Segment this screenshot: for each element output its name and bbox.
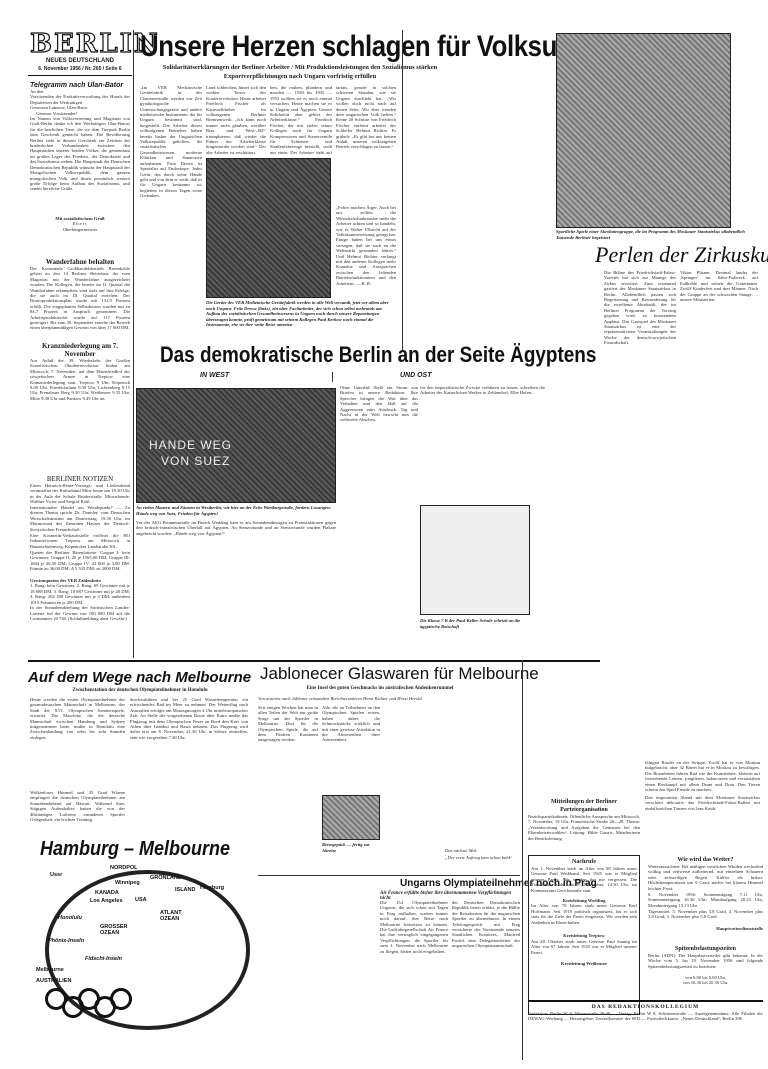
melbourne-body-3: durchzuführen und bei 25 Grad Wassertemp… — [130, 697, 248, 827]
zirkus-body-col-1: Die Bühne des Friedrichstadt-Palast-Vari… — [604, 270, 676, 660]
imprint-title: DAS REDAKTIONSKOLLEGIUM — [528, 1003, 763, 1011]
glass-headline: Jablonecer Glaswaren für Melbourne — [260, 664, 539, 684]
map-label-phoenix-inseln: Phönix-Inseln — [48, 938, 84, 944]
wetter-temps: Tagesmittel: 5. November plus 3,8 Grad, … — [648, 909, 763, 926]
egypt-headline: Das demokratische Berlin an der Seite Äg… — [160, 342, 596, 368]
spitzen-section: Spitzenbelastungszeiten Berlin (ADN). De… — [648, 945, 763, 986]
wanderfahne-title: Wanderfahne behalten — [30, 258, 130, 266]
notizen-section: BERLINER NOTIZEN Einen Heinrich-Heine-Vo… — [30, 475, 130, 627]
kranz-section: Kranzniederlegung am 7. November Aus Anl… — [30, 342, 130, 430]
telegram-signature-title: Oberbürgermeister — [30, 227, 130, 232]
zirkus-photo-caption: Sportliche Spiele einer Akrobatengruppe,… — [556, 229, 756, 241]
map-label-groenland: GRÖNLAND — [150, 875, 182, 881]
spitzen-body: Berlin (ADN). Der Hauptlastverteiler gib… — [648, 953, 763, 975]
egypt-body-west: Vor der AEG Brunnenstraße im Bezirk Wedd… — [136, 520, 336, 635]
lead-text-col-5: „Polier machen Ärger. Auch bei uns sollt… — [336, 205, 396, 310]
telegram-addressee-2: Vorsitzenden der Exekutivverwaltung des … — [30, 94, 130, 105]
wetter-section: Wie wird das Wetter? Wetteraussichten: B… — [648, 856, 763, 931]
glass-subhead: Eine Insel des guten Geschmacks im austr… — [270, 686, 490, 691]
lead-subhead: Solidaritätserklärungen der Berliner Arb… — [140, 63, 460, 81]
partei-title: Mitteilungen der Berliner Parteiorganisa… — [528, 798, 640, 814]
map-label-fidschi-inseln: Fidschi-Inseln — [85, 956, 122, 962]
nachrufe-body-3: Am 28. Oktober starb unser Genosse Paul … — [531, 939, 637, 961]
notizen-item-6: In der Sonnabendziehung der Sächsischen … — [30, 605, 130, 627]
nachrufe-org-3: Kreisleitung Weißensee — [531, 961, 637, 966]
notizen-item-2: Internationaler Handel am Wendepunkt? — … — [30, 505, 130, 533]
lead-photo-caption: Die Geräte des VEB Medizinische Gerätefa… — [206, 300, 396, 336]
notizen-item-3: Eine Kosmetik-Verkaufsstelle eröffnet di… — [30, 533, 130, 550]
zirkus-body-col-2: Viktor Plisner, Dreimal landet der ,Spri… — [680, 270, 758, 660]
section-divider — [258, 875, 520, 876]
wanderfahne-body: Der Konsumale Großhandelsbetrieb Brennko… — [30, 266, 130, 338]
graffiti-text-1: HANDE WEG — [149, 439, 232, 452]
column-divider — [332, 372, 333, 382]
map-label-honolulu: Honolulu — [58, 915, 82, 921]
nachrufe-body-1: Am 1. November starb im Alter von 58 Jah… — [531, 866, 637, 898]
glass-next-quote: „Der erste Auftrag kam schon bald“ — [445, 855, 525, 860]
glass-byline: Von unseren nach Jablonec entsandten Ber… — [258, 696, 498, 701]
telegram-title: Telegramm nach Ulan-Bator — [30, 82, 130, 89]
nachrufe-title: Nachrufe — [531, 858, 637, 866]
column-divider — [522, 660, 523, 1060]
kranz-title: Kranzniederlegung am 7. November — [30, 342, 130, 358]
map-label-usa: USA — [135, 897, 147, 903]
masthead-logo: BERLIN — [30, 30, 130, 58]
prag-body-1: Die 154 Olympiateilnehmer Ungarns, die s… — [380, 900, 448, 1050]
map-label-nordpol: NORDPOL — [110, 865, 138, 871]
wetter-title: Wie wird das Wetter? — [648, 856, 763, 864]
melbourne-headline: Auf dem Wege nach Melbourne — [28, 669, 251, 686]
glass-body-1: Seit einigen Wochen hat man in allen Tei… — [258, 705, 318, 855]
graffiti-text-2: VON SUEZ — [161, 455, 230, 468]
nachrufe-body-2: Im Alter von 70 Jahren starb unser Genos… — [531, 903, 637, 933]
map-label-los-angeles: Los Angeles — [90, 898, 123, 904]
partei-body: Bezirksparteikabinett: Öffentliche Aussp… — [528, 814, 640, 844]
lead-text-col-4: tariats, gerade in solchen schweren Stun… — [336, 85, 396, 205]
spitzen-time-2: von 16.30 bis 20.30 Uhr. — [648, 980, 763, 985]
glass-photo-caption: Reisegepäck — fertig zur Abreise — [322, 842, 380, 854]
imprint-section: DAS REDAKTIONSKOLLEGIUM Redaktion: Berli… — [528, 1003, 763, 1028]
column-divider — [402, 30, 403, 350]
masthead-dateline: 6. November 1956 / Nr. 265 / Seite 6 — [28, 66, 132, 76]
section-divider — [528, 1000, 763, 1002]
masthead-subtitle: NEUES DEUTSCHLAND — [30, 58, 130, 64]
egypt-letter-document — [420, 505, 530, 615]
column-divider — [133, 30, 134, 658]
wetter-body: Wetteraussichten: Bei mäßigen westlichen… — [648, 864, 763, 892]
egypt-col-west-label: IN WEST — [200, 372, 229, 379]
map-label-grosser-ozean: GROSSER OZEAN — [100, 924, 140, 936]
notizen-title: BERLINER NOTIZEN — [30, 475, 130, 483]
melbourne-body-1: Heute werden die ersten Olympiateilnehme… — [30, 697, 125, 747]
zirkus-body-col-4: Den imposanten Abend mit dem Moskauer St… — [645, 795, 760, 815]
map-label-island: ISLAND — [175, 887, 195, 893]
partei-section: Mitteilungen der Berliner Parteiorganisa… — [528, 798, 640, 844]
egypt-body-east-2: für den imperialistische Zwecke verblute… — [420, 385, 545, 495]
map-label-winnipeg: Winnipeg — [115, 880, 140, 886]
melbourne-subhead: Zwischenstation der deutschen Olympiatei… — [40, 688, 240, 693]
olympic-ring-5 — [110, 988, 132, 1010]
wetter-sun: 6. November 1956: Sonnenaufgang 7.11 Uhr… — [648, 892, 763, 909]
egypt-photo-caption: An vielen Mauern und Zäunen in Westberli… — [136, 505, 336, 517]
imprint-body: Redaktion: Berlin W 8, Mauerstraße 39-40… — [528, 1011, 763, 1028]
melbourne-body-2: Wolkenloser Himmel und 35 Grad Wärme emp… — [30, 790, 125, 830]
lead-subhead-line-2: Exportverpflichtungen nach Ungarn vorfri… — [140, 72, 460, 81]
wetter-source: Hauptwetterdienststelle — [648, 926, 763, 931]
map-label-hamburg: Hamburg — [200, 885, 224, 891]
egypt-photo-graffiti: HANDE WEG VON SUEZ — [136, 388, 336, 503]
prag-body-2: der Deutschen Demokratischen Republik be… — [452, 900, 520, 1050]
telegram-section: Telegramm nach Ulan-Bator An den Vorsitz… — [30, 82, 130, 232]
glass-body-2: Alle, die an Teilnehmer an den Olympisch… — [322, 705, 380, 795]
notizen-item-1: Einen Heinrich-Heine-Vortrags- und Liede… — [30, 483, 130, 505]
glass-photo-luggage — [322, 795, 380, 840]
zirkus-headline: Perlen der Zirkuskunst — [595, 242, 768, 268]
lead-photo-workers — [206, 158, 331, 298]
notizen-item-5: 1. Rang: kein Gewinner, 2. Rang: 69 Gewi… — [30, 583, 130, 605]
telegram-body: Im Namen von Volksvertretung und Magistr… — [30, 116, 130, 216]
nachrufe-box: Nachrufe Am 1. November starb im Alter v… — [528, 855, 640, 1015]
map-label-melbourne: Melbourne — [36, 967, 64, 973]
lead-text-col-1: „Im VEB Medizinische Gerätefabrik in der… — [140, 85, 202, 290]
map-label-atlant-ozean: ATLANT OZEAN — [160, 910, 190, 922]
notizen-item-4: Quoten der Berliner Bärenlotterie: Grupp… — [30, 550, 130, 578]
egypt-letter-caption: Die Klasse 7 B der Paul-Keller-Schule sc… — [420, 618, 530, 630]
kranz-body: Aus Anlaß der 39. Wiederkehr der Großen … — [30, 358, 130, 430]
map-label-ussr: Ussr — [50, 872, 62, 878]
egypt-body-east: Ohne Unterlaß fließt ein Strom von Brief… — [340, 385, 418, 635]
wanderfahne-section: Wanderfahne behalten Der Konsumale Großh… — [30, 258, 130, 338]
zirkus-photo-acrobats — [556, 33, 731, 228]
spitzen-title: Spitzenbelastungszeiten — [648, 945, 763, 953]
map-label-kanada: KANADA — [95, 890, 119, 896]
egypt-col-east-label: UND OST — [400, 372, 432, 379]
lead-text-col-3: ben, die rauben, plündern und morden — 1… — [270, 85, 332, 155]
map-label-australien: AUSTRALIEN — [36, 978, 71, 984]
section-divider — [28, 660, 600, 662]
lead-subhead-line-1: Solidaritätserklärungen der Berliner Arb… — [140, 63, 460, 72]
map-title: Hamburg – Melbourne — [40, 838, 230, 861]
lead-headline: Unsere Herzen schlagen für Volksungarn — [140, 30, 626, 64]
glass-next-label: Das nächste Mal: — [445, 848, 515, 853]
lead-text-col-2: Land schleichen, hinter sich den weißen … — [206, 85, 266, 155]
